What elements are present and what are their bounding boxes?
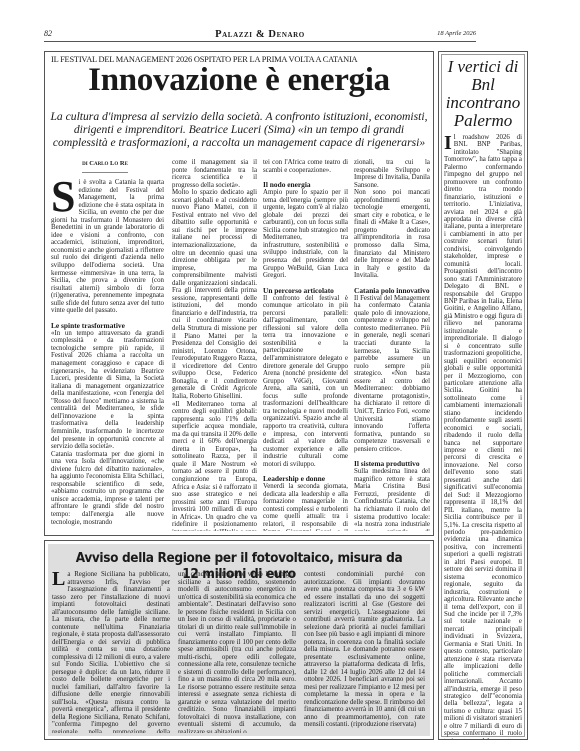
paragraph: Non sono poi mancati approfondimenti su … (354, 189, 430, 280)
sidebar-title: I vertici di Bnl incontrano Palermo (439, 58, 527, 130)
paragraph: Il confronto del festival è comunque art… (263, 295, 348, 469)
drop-cap: S (51, 180, 75, 214)
paragraph: Il Festival del Management ha confermato… (354, 295, 430, 453)
section-heading: Leadership e donne (263, 475, 348, 483)
drop-cap: L (52, 572, 65, 587)
byline-divider (82, 172, 128, 173)
paragraph: zionali, tra cui la responsabile Svilupp… (354, 159, 430, 189)
paragraph: come il management sia il ponte fondamen… (172, 159, 257, 189)
sidebar-body: I l roadshow 2026 di BNL BNP Paribas, in… (444, 134, 522, 739)
paragraph: una concreta attenzione verso le famigli… (178, 571, 296, 733)
box-column-1: L a Regione Siciliana ha pubblicato, att… (52, 571, 170, 733)
paragraph: «In un tempo attraversato da grandi comp… (51, 330, 164, 451)
drop-cap: I (444, 135, 452, 151)
subhead: La cultura d'impresa al servizio della s… (49, 110, 429, 149)
paragraph: a Regione Siciliana ha pubblicato, attra… (52, 571, 170, 733)
paragraph: Ampio pure lo spazio per il tema dell'en… (263, 189, 348, 280)
section-heading: Le spinte trasformative (51, 322, 164, 330)
main-article: IL FESTIVAL DEL MANAGEMENT 2026 OSPITATO… (44, 51, 434, 536)
paragraph: Molto lo spazio dedicato agli scenari gl… (172, 189, 257, 400)
article-column-4: zionali, tra cui la responsabile Svilupp… (354, 159, 430, 531)
article-column-1: S i è svolta a Catania la quarta edizion… (51, 179, 164, 531)
paragraph: Sulla medesima linea del magnifico retto… (354, 468, 430, 531)
issue-date: 18 Aprile 2026 (437, 30, 476, 37)
section-heading: Un percorso articolato (263, 287, 348, 295)
paragraph: tei con l'Africa come teatro di scambi e… (263, 159, 348, 174)
sidebar-text: l roadshow 2026 di BNL BNP Paribas, inti… (444, 134, 522, 739)
headline: Innovazione è energia (45, 62, 433, 99)
paragraph: Catania trasformata per due giorni in un… (51, 451, 164, 526)
section-heading: Catania polo innovativo (354, 287, 430, 295)
masthead: Palazzi & Denaro (44, 29, 476, 40)
box-column-3: contesti condominiali purché con autoriz… (304, 571, 425, 733)
paragraph: Venerdì la seconda giornata, dedicata al… (263, 483, 348, 531)
section-heading: Il sistema produttivo (354, 460, 430, 468)
article-column-3: tei con l'Africa come teatro di scambi e… (263, 159, 348, 531)
section-heading: Il nodo energia (263, 181, 348, 189)
box-article: Avviso della Regione per il fotovoltaico… (44, 540, 434, 740)
paragraph: contesti condominiali purché con autoriz… (304, 571, 425, 728)
byline: di Carlo Lo Re (55, 160, 155, 167)
article-column-2: come il management sia il ponte fondamen… (172, 159, 257, 531)
box-column-2: una concreta attenzione verso le famigli… (178, 571, 296, 733)
running-head: 82 Palazzi & Denaro 18 Aprile 2026 (44, 29, 476, 42)
box-background: Avviso della Regione per il fotovoltaico… (48, 544, 430, 736)
paragraph: «Il Mediterraneo torna al centro degli e… (172, 401, 257, 532)
sidebar-article: I vertici di Bnl incontrano Palermo I l … (438, 51, 528, 740)
